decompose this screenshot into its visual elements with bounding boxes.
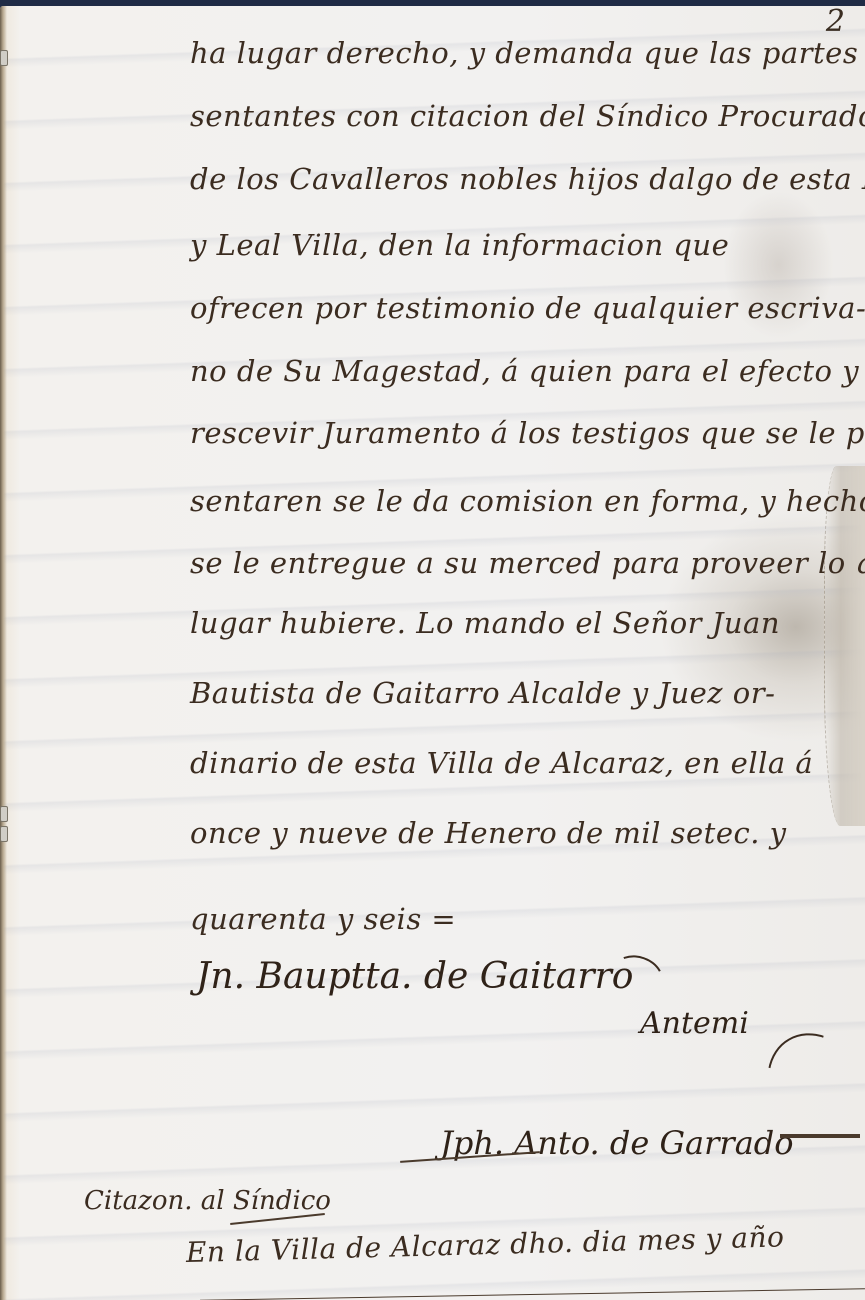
text-line-1: ha lugar derecho, y demanda que las part… (190, 36, 865, 70)
text-line-13: once y nueve de Henero de mil setec. y (190, 816, 787, 850)
text-line-9: se le entregue a su merced para proveer … (190, 546, 865, 580)
text-line-11: Bautista de Gaitarro Alcalde y Juez or- (190, 676, 775, 710)
text-line-4: y Leal Villa, den la informacion que (190, 228, 729, 262)
text-line-10: lugar hubiere. Lo mando el Señor Juan (190, 606, 780, 640)
text-line-12: dinario de esta Villa de Alcaraz, en ell… (190, 746, 813, 780)
continuation-line: En la Villa de Alcaraz dho. dia mes y añ… (186, 1220, 785, 1269)
text-line-6: no de Su Magestad, á quien para el efect… (190, 354, 859, 388)
text-line-5: ofrecen por testimonio de qualquier escr… (190, 291, 865, 325)
binding-stitch (0, 806, 8, 822)
text-line-2: sentantes con citacion del Síndico Procu… (190, 99, 865, 133)
folio-number: 2 (826, 6, 845, 39)
binding-spine (0, 6, 7, 1300)
binding-stitch (0, 50, 8, 66)
text-line-7: rescevir Juramento á los testigos que se… (190, 416, 865, 450)
binding-stitch (0, 826, 8, 842)
margin-heading: Citazon. al Síndico (84, 1186, 331, 1216)
signature-antemi: Antemi (640, 1006, 749, 1041)
signature-alcalde: Jn. Bauptta. de Gaitarro (196, 956, 633, 997)
manuscript-page: 2 ha lugar derecho, y demanda que las pa… (0, 6, 865, 1300)
text-line-14: quarenta y seis = (190, 902, 456, 936)
text-line-3: de los Cavalleros nobles hijos dalgo de … (190, 162, 865, 196)
bottom-rule (200, 1288, 865, 1300)
torn-stained-edge (824, 466, 865, 826)
signature-strike-flourish (780, 1134, 860, 1138)
text-line-8: sentaren se le da comision en forma, y h… (190, 484, 865, 518)
